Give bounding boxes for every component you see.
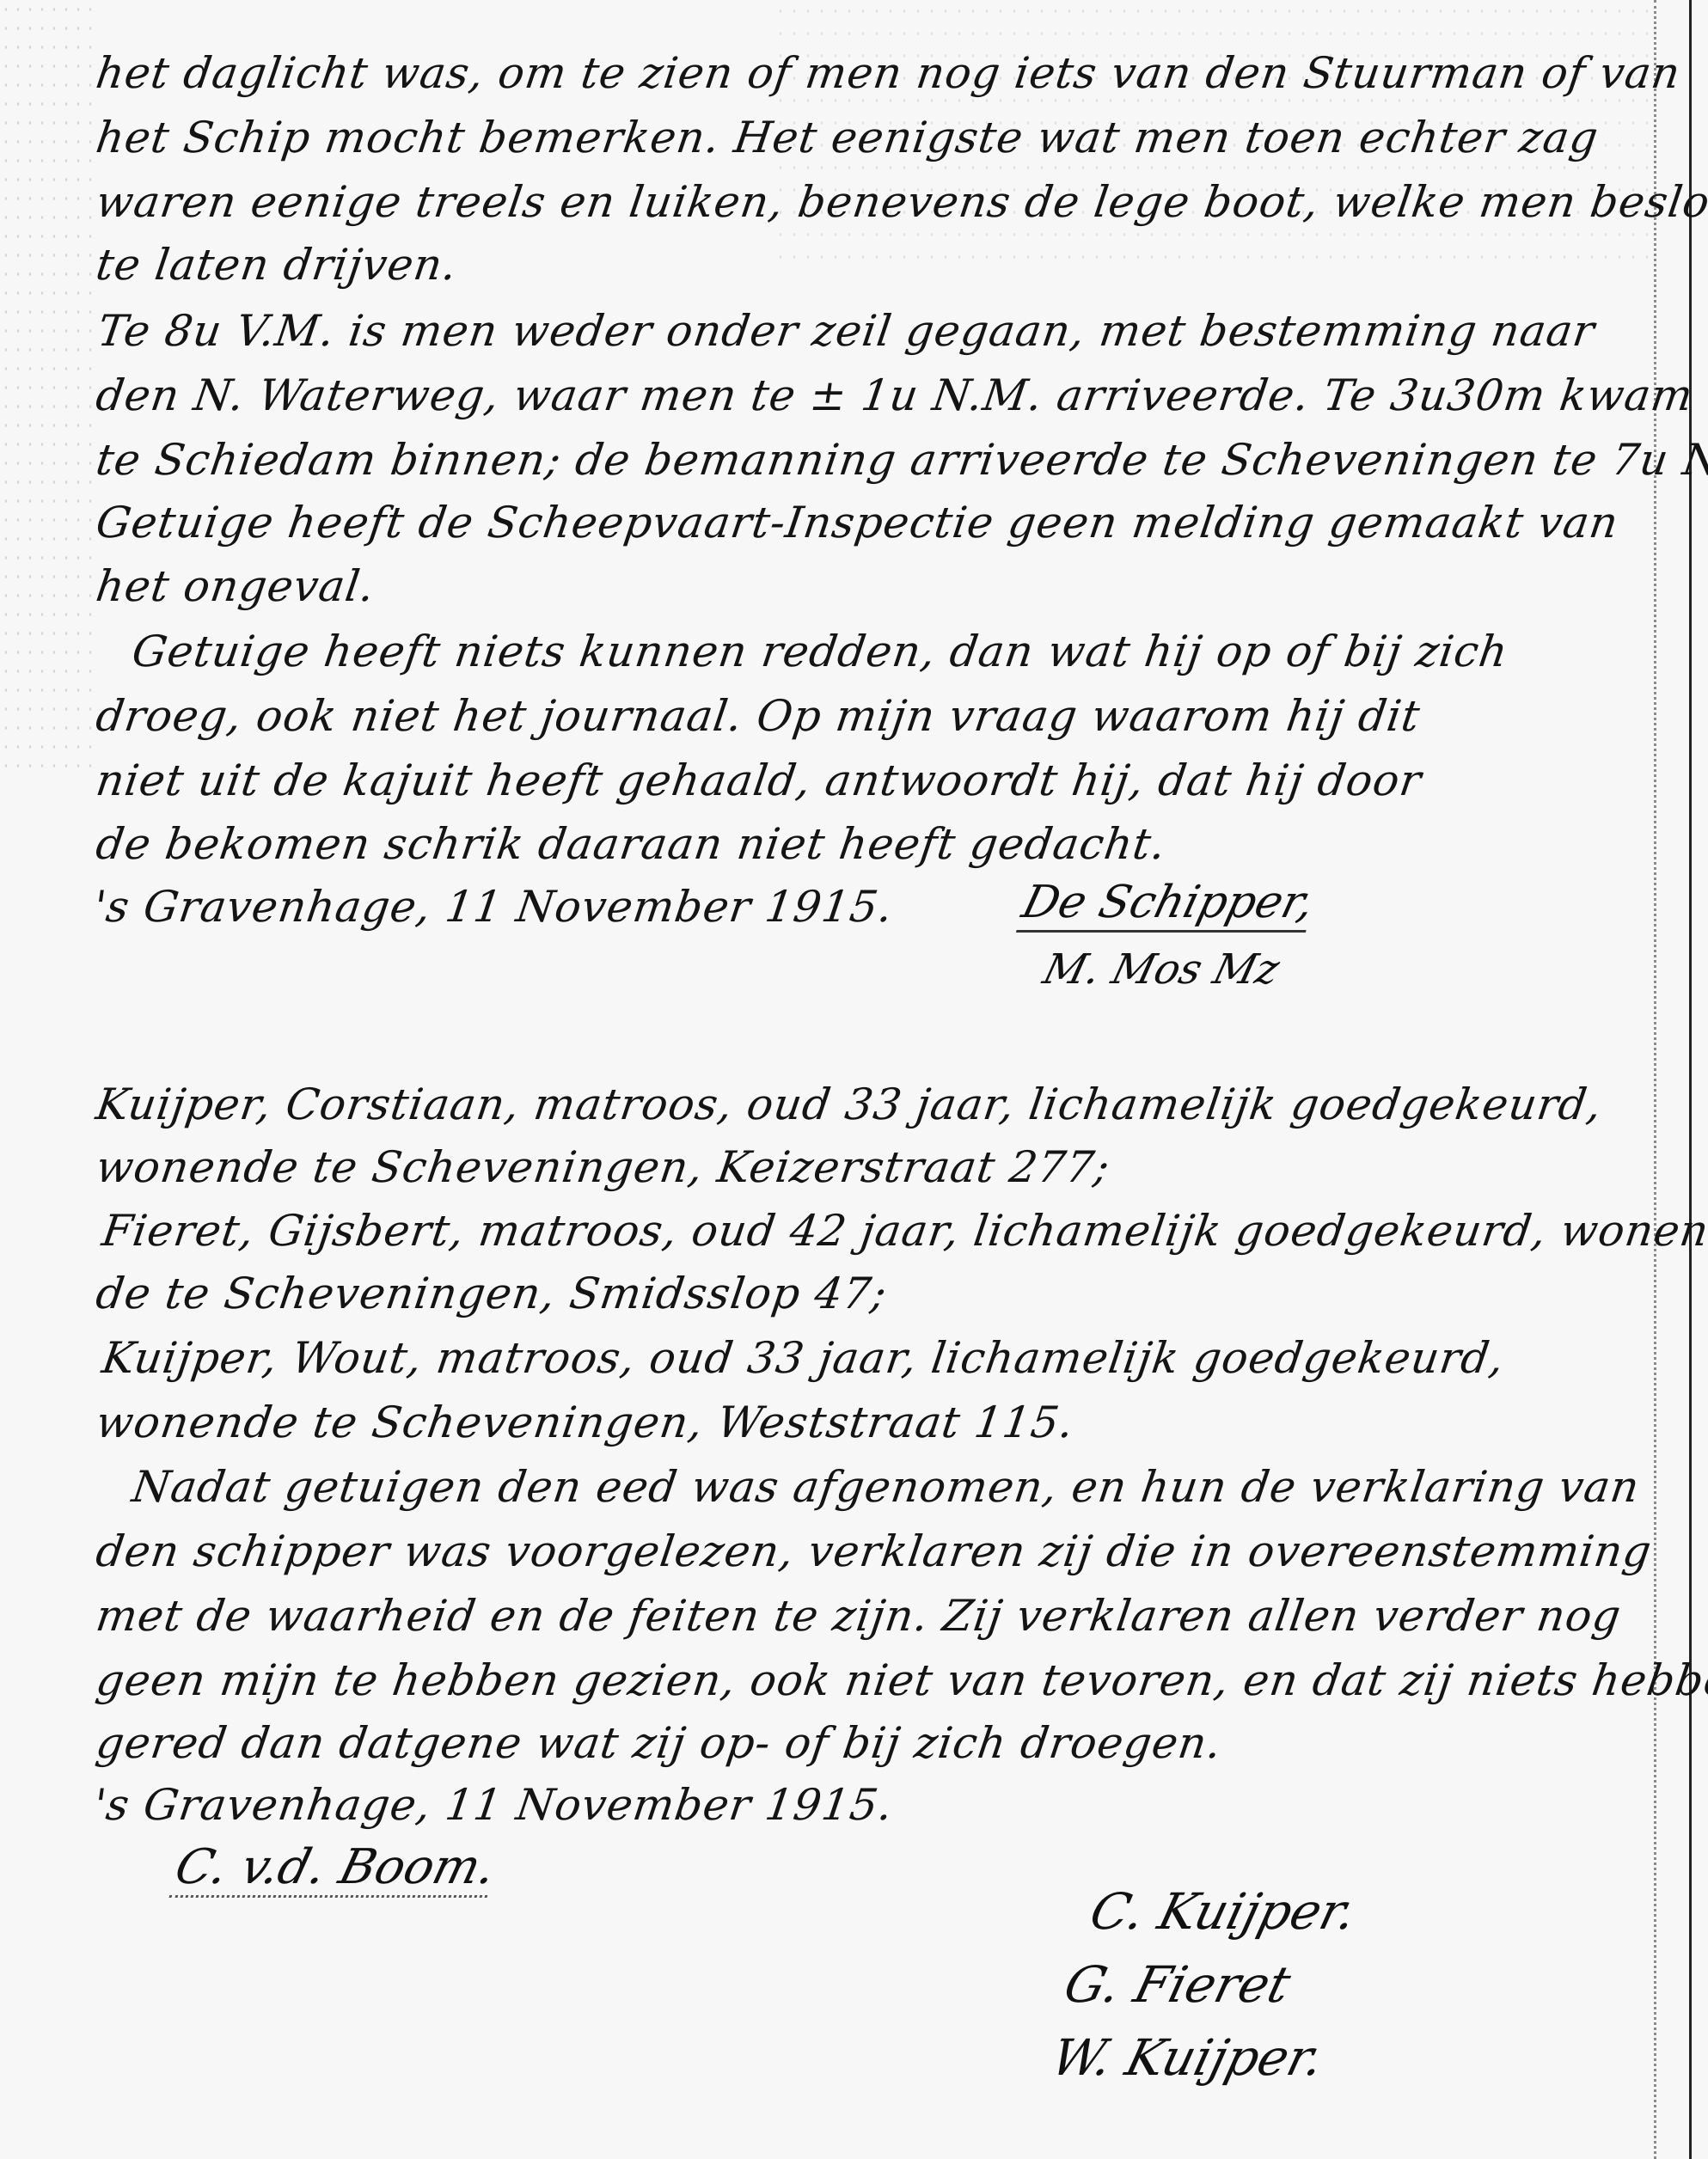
witness-signature: C. Kuijper. bbox=[1085, 1882, 1362, 1941]
place-date: 's Gravenhage, 11 November 1915. bbox=[90, 881, 897, 933]
witness-entry: wonende te Scheveningen, Weststraat 115. bbox=[93, 1397, 1078, 1448]
text-line: waren eenige treels en luiken, benevens … bbox=[93, 176, 1708, 228]
text-line: geen mijn te hebben gezien, ook niet van… bbox=[93, 1654, 1708, 1706]
official-signature: C. v.d. Boom. bbox=[169, 1839, 502, 1898]
paper-texture bbox=[0, 0, 95, 774]
text-line: het ongeval. bbox=[93, 560, 378, 612]
witness-entry: wonende te Scheveningen, Keizerstraat 27… bbox=[93, 1141, 1113, 1193]
text-line: Getuige heeft de Scheepvaart-Inspectie g… bbox=[93, 497, 1622, 548]
witness-entry: Fieret, Gijsbert, matroos, oud 42 jaar, … bbox=[99, 1205, 1708, 1257]
skipper-signature: M. Mos Mz bbox=[1038, 945, 1284, 994]
text-line: te laten drijven. bbox=[93, 239, 461, 291]
witness-entry: Kuijper, Corstiaan, matroos, oud 33 jaar… bbox=[93, 1079, 1606, 1130]
text-line: het Schip mocht bemerken. Het eenigste w… bbox=[93, 112, 1601, 163]
witness-signature: W. Kuijper. bbox=[1046, 2028, 1331, 2087]
text-line: met de waarheid en de feiten te zijn. Zi… bbox=[93, 1590, 1625, 1642]
document-page: het daglicht was, om te zien of men nog … bbox=[0, 0, 1708, 2159]
text-line: het daglicht was, om te zien of men nog … bbox=[93, 47, 1684, 99]
skipper-title: De Schipper, bbox=[1016, 877, 1319, 933]
text-line: den N. Waterweg, waar men te ± 1u N.M. a… bbox=[93, 370, 1708, 421]
text-line: droeg, ook niet het journaal. Op mijn vr… bbox=[93, 690, 1423, 742]
witness-entry: de te Scheveningen, Smidsslop 47; bbox=[93, 1268, 891, 1319]
text-line: niet uit de kajuit heeft gehaald, antwoo… bbox=[93, 755, 1425, 806]
text-line: gered dan datgene wat zij op- of bij zic… bbox=[93, 1717, 1225, 1769]
page-edge-dotted-rule bbox=[1654, 0, 1662, 2159]
text-line: de bekomen schrik daaraan niet heeft ged… bbox=[93, 818, 1169, 870]
witness-signature: G. Fieret bbox=[1059, 1955, 1297, 2014]
text-line: Te 8u V.M. is men weder onder zeil gegaa… bbox=[95, 305, 1598, 357]
witness-entry: Kuijper, Wout, matroos, oud 33 jaar, lic… bbox=[99, 1332, 1508, 1384]
page-edge-solid-rule bbox=[1689, 0, 1692, 2159]
text-line: Nadat getuigen den eed was afgenomen, en… bbox=[129, 1461, 1643, 1513]
place-date: 's Gravenhage, 11 November 1915. bbox=[90, 1779, 897, 1831]
text-line: den schipper was voorgelezen, verklaren … bbox=[93, 1526, 1655, 1577]
text-line: te Schiedam binnen; de bemanning arrivee… bbox=[93, 434, 1708, 486]
text-line: Getuige heeft niets kunnen redden, dan w… bbox=[129, 626, 1511, 677]
